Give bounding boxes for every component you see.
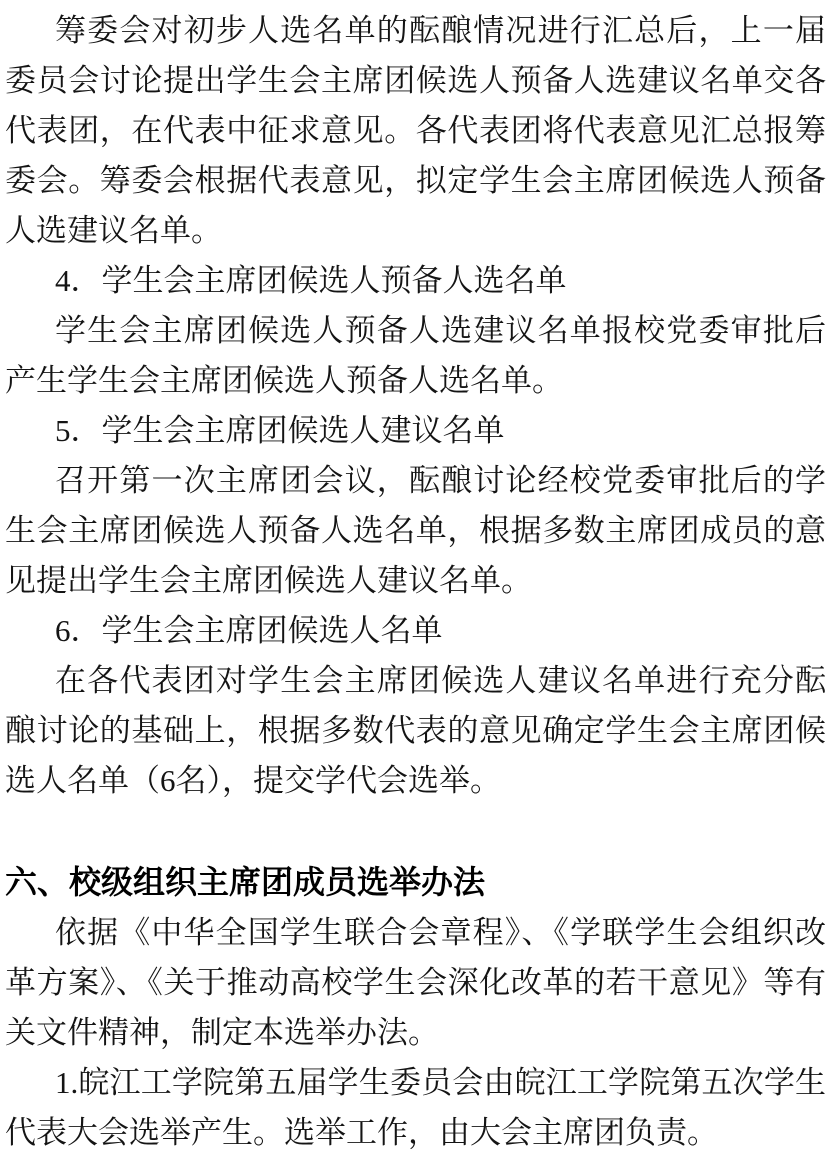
paragraph-first-presidium-meeting: 召开第一次主席团会议，酝酿讨论经校党委审批后的学生会主席团候选人预备人选名单，根… (5, 456, 826, 606)
paragraph-reserve-list-approval: 学生会主席团候选人预备人选建议名单报校党委审批后产生学生会主席团候选人预备人选名… (5, 306, 826, 406)
paragraph-election-method-basis: 依据《中华全国学生联合会章程》、《学联学生会组织改革方案》、《关于推动高校学生会… (5, 908, 826, 1058)
paragraph-preliminary-list-summary: 筹委会对初步人选名单的酝酿情况进行汇总后，上一届委员会讨论提出学生会主席团候选人… (5, 6, 826, 256)
paragraph-final-candidate-list: 在各代表团对学生会主席团候选人建议名单进行充分酝酿讨论的基础上，根据多数代表的意… (5, 656, 826, 806)
document-page: 筹委会对初步人选名单的酝酿情况进行汇总后，上一届委员会讨论提出学生会主席团候选人… (0, 0, 831, 1162)
paragraph-election-rule-1: 1.皖江工学院第五届学生委员会由皖江工学院第五次学生代表大会选举产生。选举工作，… (5, 1058, 826, 1158)
subheading-5-proposed-candidate-list: 5．学生会主席团候选人建议名单 (5, 406, 826, 456)
subheading-6-candidate-list: 6．学生会主席团候选人名单 (5, 606, 826, 656)
subheading-4-reserve-candidate-list: 4．学生会主席团候选人预备人选名单 (5, 256, 826, 306)
section-heading-election-method: 六、校级组织主席团成员选举办法 (5, 856, 826, 908)
